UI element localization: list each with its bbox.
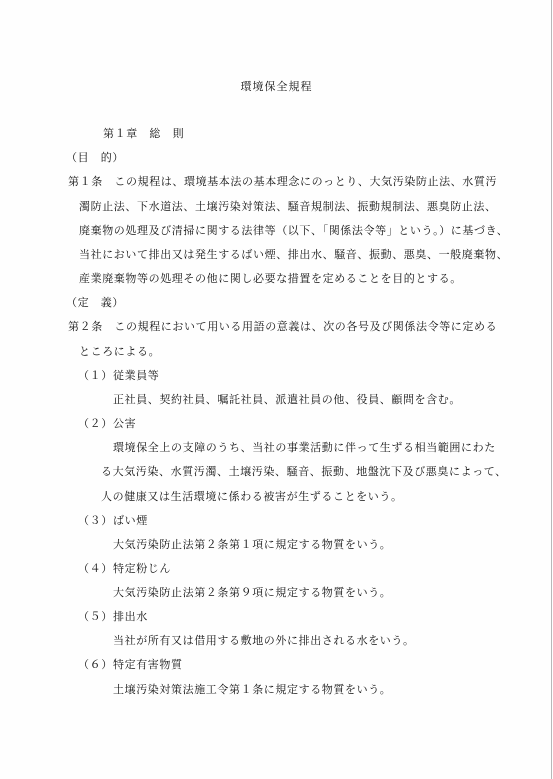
item-definition: 人の健康又は生活環境に係わる被害が生ずることをいう。 (101, 490, 403, 504)
item-definition: る大気汚染、水質汚濁、土壌汚染、騒音、振動、地盤沈下及び悪臭によって、 (101, 465, 507, 479)
item-term: ばい煙 (113, 514, 148, 528)
item-definition: 正社員、契約社員、嘱託社員、派遣社員の他、役員、顧問を含む。 (113, 393, 461, 407)
page-edge (551, 0, 552, 779)
article-1-line: 濁防止法、下水道法、土壌汚染対策法、騒音規制法、振動規制法、悪臭防止法、 (79, 200, 497, 214)
document-title: 環境保全規程 (0, 80, 553, 94)
section-heading-purpose: （目 的） (66, 151, 124, 165)
item-label: （２） (78, 417, 113, 431)
item-label: （５） (78, 610, 113, 624)
item-definition: 土壌汚染対策法施工令第１条に規定する物質をいう。 (113, 683, 391, 697)
item-term: 特定粉じん (113, 562, 171, 576)
article-1-line: 廃棄物の処理及び清掃に関する法律等（以下、「関係法令等」という。）に基づき、 (79, 224, 508, 238)
article-1-line: 第１条 この規程は、環境基本法の基本理念にのっとり、大気汚染防止法、水質汚 (68, 175, 497, 189)
item-label: （６） (78, 658, 113, 672)
item-term: 公害 (113, 417, 136, 431)
item-label: （３） (78, 514, 113, 528)
item-definition: 環境保全上の支障のうち、当社の事業活動に伴って生ずる相当範囲にわた (113, 441, 496, 455)
article-1-line: 当社において排出又は発生するばい煙、排出水、騒音、振動、悪臭、一般廃棄物、 (79, 248, 508, 262)
item-label: （４） (78, 562, 113, 576)
item-definition: 大気汚染防止法第２条第９項に規定する物質をいう。 (113, 586, 391, 600)
chapter-heading: 第１章 総 則 (103, 127, 184, 141)
article-2-line: ところによる。 (79, 345, 160, 359)
item-term: 排出水 (113, 610, 148, 624)
item-term: 従業員等 (113, 369, 159, 383)
section-heading-definitions: （定 義） (66, 296, 124, 310)
item-label: （１） (78, 369, 113, 383)
item-definition: 大気汚染防止法第２条第１項に規定する物質をいう。 (113, 538, 391, 552)
item-term: 特定有害物質 (113, 658, 183, 672)
item-definition: 当社が所有又は借用する敷地の外に排出される水をいう。 (113, 634, 415, 648)
article-2-line: 第２条 この規程において用いる用語の意義は、次の各号及び関係法令等に定める (68, 320, 497, 334)
article-1-line: 産業廃棄物等の処理その他に関し必要な措置を定めることを目的とする。 (79, 272, 462, 286)
